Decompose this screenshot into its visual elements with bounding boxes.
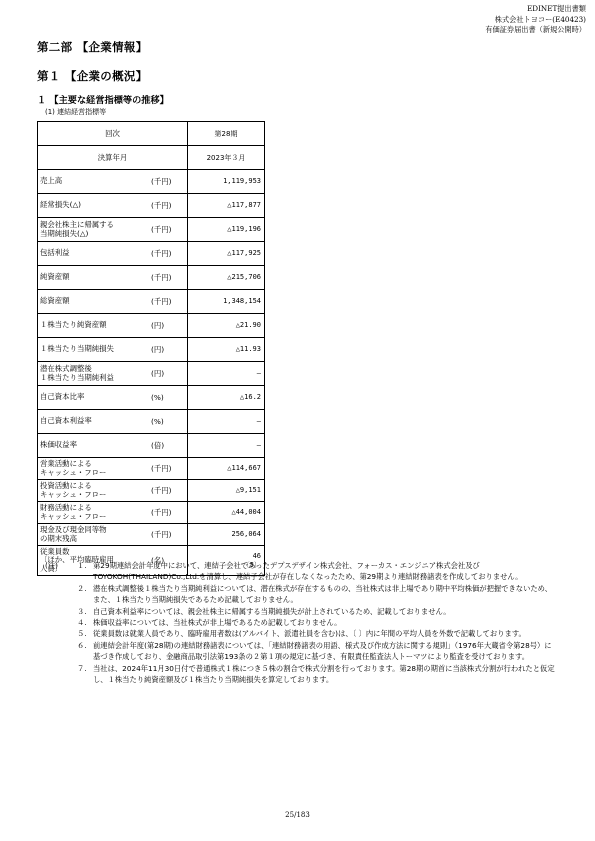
row-label: 営業活動による キャッシュ・フロー: [38, 458, 152, 480]
note-number: ３.: [77, 606, 87, 617]
row-unit: (円): [151, 362, 188, 386]
table-row: 財務活動による キャッシュ・フロー(千円)△44,004: [38, 502, 265, 524]
note-text: 潜在株式調整後１株当たり当期純利益については、潜在株式が存在するものの、当社株式…: [93, 584, 552, 604]
note-item: ６.前連結会計年度(第28期)の連結財務諸表については、「連結財務諸表の用語、様…: [37, 640, 557, 663]
note-item: ２.潜在株式調整後１株当たり当期純利益については、潜在株式が存在するものの、当社…: [37, 583, 557, 606]
row-unit: (千円): [151, 194, 188, 218]
row-value: △11.93: [188, 338, 265, 362]
table-row: 潜在株式調整後 １株当たり当期純利益(円)―: [38, 362, 265, 386]
row-unit: (千円): [151, 458, 188, 480]
note-number: ５.: [77, 628, 87, 639]
row-label: １株当たり純資産額: [38, 314, 152, 338]
table-row: １株当たり当期純損失(円)△11.93: [38, 338, 265, 362]
table-header-row: 回次 第28期: [38, 122, 265, 146]
row-value: ―: [188, 434, 265, 458]
header-company: 株式会社トヨコー(E40423): [485, 15, 586, 26]
table-row: 売上高(千円)1,119,953: [38, 170, 265, 194]
row-unit: (円): [151, 338, 188, 362]
row-label: 経常損失(△): [38, 194, 152, 218]
subsection-heading: (1) 連結経営指標等: [45, 107, 106, 117]
table-row: 包括利益(千円)△117,925: [38, 242, 265, 266]
table-row: 営業活動による キャッシュ・フロー(千円)△114,667: [38, 458, 265, 480]
note-text: 第29期連結会計年度中において、連結子会社であったデプスデザイン株式会社、フォー…: [93, 561, 522, 581]
note-number: ６.: [77, 640, 87, 651]
row-value: △117,925: [188, 242, 265, 266]
table-row: 自己資本利益率(%)―: [38, 410, 265, 434]
table-row: １株当たり純資産額(円)△21.90: [38, 314, 265, 338]
header-edinet: EDINET提出書類: [485, 4, 586, 15]
row-value: 256,064: [188, 524, 265, 546]
row-label: 財務活動による キャッシュ・フロー: [38, 502, 152, 524]
note-item: ５.従業員数は就業人員であり、臨時雇用者数は(アルバイト、派遣社員を含む)は、〔…: [37, 628, 557, 639]
table-row: 株価収益率(倍)―: [38, 434, 265, 458]
note-text: 当社は、2024年11月30日付で普通株式１株につき５株の割合で株式分割を行って…: [93, 664, 555, 684]
row-label: １株当たり当期純損失: [38, 338, 152, 362]
row-unit: (%): [151, 386, 188, 410]
row-label: 売上高: [38, 170, 152, 194]
note-text: 前連結会計年度(第28期)の連結財務諸表については、「連結財務諸表の用語、様式及…: [93, 641, 552, 661]
row-unit: (%): [151, 410, 188, 434]
financial-indicators-table: 回次 第28期 決算年月 2023年３月 売上高(千円)1,119,953経常損…: [37, 121, 265, 576]
row-label: 自己資本利益率: [38, 410, 152, 434]
row-value: △117,877: [188, 194, 265, 218]
row-label: 株価収益率: [38, 434, 152, 458]
row-value: △9,151: [188, 480, 265, 502]
note-number: ２.: [77, 583, 87, 594]
row-value: ―: [188, 362, 265, 386]
row-value: 1,119,953: [188, 170, 265, 194]
row-label: 包括利益: [38, 242, 152, 266]
header-cell-period-label: 回次: [38, 122, 188, 146]
table-row: 自己資本比率(%)△16.2: [38, 386, 265, 410]
row-label: 現金及び現金同等物 の期末残高: [38, 524, 152, 546]
note-number: ７.: [77, 663, 87, 674]
row-label: 潜在株式調整後 １株当たり当期純利益: [38, 362, 152, 386]
chapter-heading: 第１ 【企業の概況】: [37, 68, 148, 84]
row-unit: (倍): [151, 434, 188, 458]
table-header-row: 決算年月 2023年３月: [38, 146, 265, 170]
table-row: 経常損失(△)(千円)△117,877: [38, 194, 265, 218]
row-value: △16.2: [188, 386, 265, 410]
note-text: 株価収益率については、当社株式が非上場であるため記載しておりません。: [93, 618, 341, 627]
row-unit: (千円): [151, 524, 188, 546]
table-row: 投資活動による キャッシュ・フロー(千円)△9,151: [38, 480, 265, 502]
row-label: 投資活動による キャッシュ・フロー: [38, 480, 152, 502]
row-unit: (千円): [151, 218, 188, 242]
header-cell-fiscal-value: 2023年３月: [188, 146, 265, 170]
note-item: (注)１.第29期連結会計年度中において、連結子会社であったデプスデザイン株式会…: [37, 560, 557, 583]
row-label: 総資産額: [38, 290, 152, 314]
note-text: 自己資本利益率については、親会社株主に帰属する当期純損失が計上されているため、記…: [93, 607, 451, 616]
row-unit: (千円): [151, 290, 188, 314]
row-value: △21.90: [188, 314, 265, 338]
note-number: １.: [77, 560, 87, 571]
note-item: ３.自己資本利益率については、親会社株主に帰属する当期純損失が計上されているため…: [37, 606, 557, 617]
document-header: EDINET提出書類 株式会社トヨコー(E40423) 有価証券届出書（新規公開…: [485, 4, 586, 36]
table-row: 現金及び現金同等物 の期末残高(千円)256,064: [38, 524, 265, 546]
note-number: ４.: [77, 617, 87, 628]
row-unit: (千円): [151, 502, 188, 524]
row-value: △44,004: [188, 502, 265, 524]
table-row: 純資産額(千円)△215,706: [38, 266, 265, 290]
section-heading: １ 【主要な経営指標等の推移】: [37, 92, 169, 106]
row-label: 純資産額: [38, 266, 152, 290]
row-label: 親会社株主に帰属する 当期純損失(△): [38, 218, 152, 242]
row-value: ―: [188, 410, 265, 434]
row-value: △215,706: [188, 266, 265, 290]
row-value: △119,196: [188, 218, 265, 242]
row-unit: (千円): [151, 480, 188, 502]
notes-prefix: (注): [45, 560, 58, 571]
row-value: 1,348,154: [188, 290, 265, 314]
note-text: 従業員数は就業人員であり、臨時雇用者数は(アルバイト、派遣社員を含む)は、〔 〕…: [93, 629, 526, 638]
row-unit: (千円): [151, 266, 188, 290]
header-cell-period-value: 第28期: [188, 122, 265, 146]
table-row: 総資産額(千円)1,348,154: [38, 290, 265, 314]
header-doc-type: 有価証券届出書（新規公開時）: [485, 25, 586, 36]
header-cell-fiscal-label: 決算年月: [38, 146, 188, 170]
note-item: ７.当社は、2024年11月30日付で普通株式１株につき５株の割合で株式分割を行…: [37, 663, 557, 686]
note-item: ４.株価収益率については、当社株式が非上場であるため記載しておりません。: [37, 617, 557, 628]
row-unit: (円): [151, 314, 188, 338]
row-label: 自己資本比率: [38, 386, 152, 410]
notes-section: (注)１.第29期連結会計年度中において、連結子会社であったデプスデザイン株式会…: [37, 560, 557, 685]
part-heading: 第二部 【企業情報】: [37, 39, 148, 55]
table-row: 親会社株主に帰属する 当期純損失(△)(千円)△119,196: [38, 218, 265, 242]
row-unit: (千円): [151, 242, 188, 266]
row-unit: (千円): [151, 170, 188, 194]
row-value: △114,667: [188, 458, 265, 480]
page-number: 25/183: [0, 811, 595, 819]
